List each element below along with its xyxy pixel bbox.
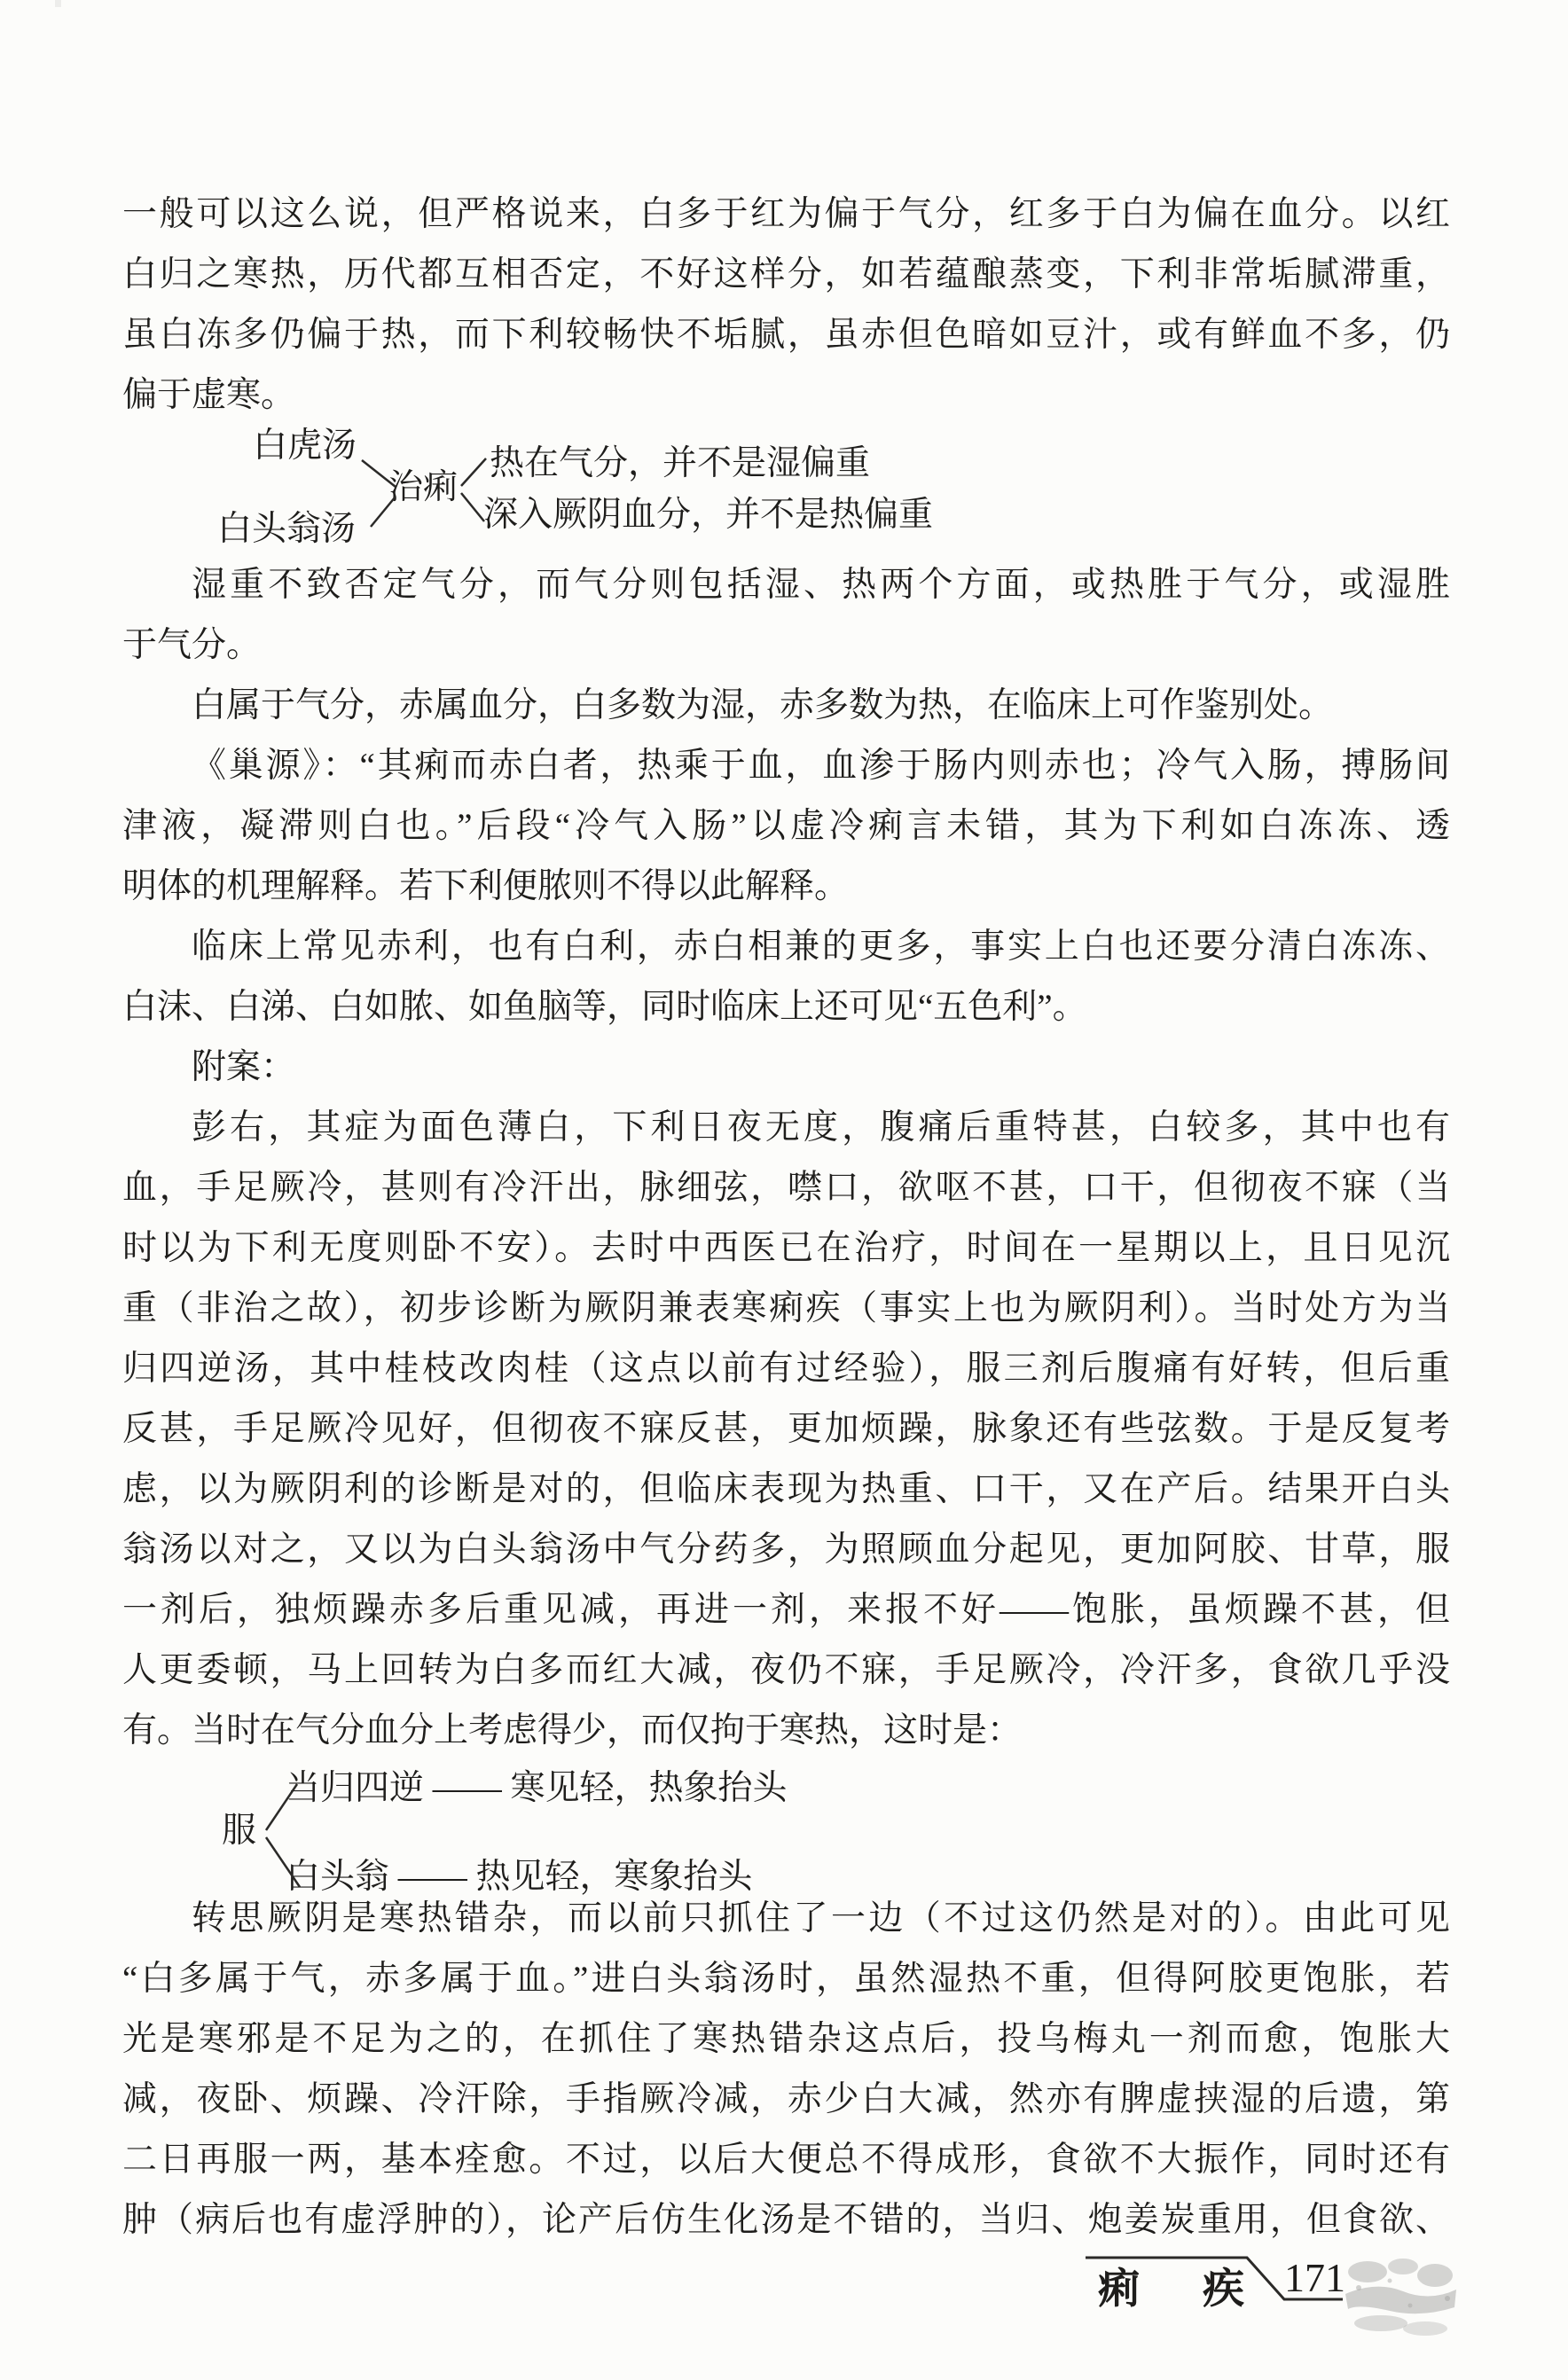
text-line: 有。当时在气分血分上考虑得少，而仅拘于寒热，这时是：	[122, 1701, 1450, 1761]
diagram2-bracket-lines	[248, 1773, 310, 1898]
text-line: 减，夜卧、烦躁、冷汗除，手指厥冷减，赤少白大减，然亦有脾虚挟湿的后遗，第	[122, 2070, 1450, 2130]
text-line: 于气分。	[122, 615, 1450, 676]
text-line: “白多属于气，赤多属于血。”进白头翁汤时，虽然湿热不重，但得阿胶更饱胀，若	[122, 1949, 1450, 2009]
text-line: 白沫、白涕、白如脓、如鱼脑等，同时临床上还可见“五色利”。	[122, 977, 1450, 1037]
diagram1-bracket-lines	[350, 435, 501, 541]
text-line: 白属于气分，赤属血分，白多数为湿，赤多数为热，在临床上可作鉴别处。	[122, 676, 1450, 736]
text-line: 肿（病后也有虚浮肿的），论产后仿生化汤是不错的，当归、炮姜炭重用，但食欲、	[122, 2190, 1450, 2251]
text-line: 光是寒邪是不足为之的，在抓住了寒热错杂这点后，投乌梅丸一剂而愈，饱胀大	[122, 2009, 1450, 2070]
book-page: 一般可以这么说，但严格说来，白多于红为偏于气分，红多于白为偏在血分。以红白归之寒…	[0, 0, 1568, 2380]
text-line: 一般可以这么说，但严格说来，白多于红为偏于气分，红多于白为偏在血分。以红	[122, 184, 1450, 245]
text-line: 《巢源》：“其痢而赤白者，热乘于血，血渗于肠内则赤也；冷气入肠，搏肠间	[122, 736, 1450, 796]
diagram1-result-xuefen: 深入厥阴血分，并不是热偏重	[483, 495, 933, 536]
decorative-stamp-illustration	[1341, 2254, 1461, 2343]
paragraph-block-top: 一般可以这么说，但严格说来，白多于红为偏于气分，红多于白为偏在血分。以红白归之寒…	[122, 184, 1450, 426]
text-line: 明体的机理解释。若下利便脓则不得以此解释。	[122, 857, 1450, 917]
text-line: 重（非治之故），初步诊断为厥阴兼表寒痢疾（事实上也为厥阴利）。当时处方为当	[122, 1279, 1450, 1339]
chapter-title: 痢 疾	[1098, 2266, 1255, 2313]
text-line: 白归之寒热，历代都互相否定，不好这样分，如若蕴酿蒸变，下利非常垢腻滞重，	[122, 245, 1450, 305]
text-line: 人更委顿，马上回转为白多而红大减，夜仍不寐，手足厥冷，冷汗多，食欲几乎没	[122, 1640, 1450, 1701]
text-line: 反甚，手足厥冷见好，但彻夜不寐反甚，更加烦躁，脉象还有些弦数。于是反复考	[122, 1399, 1450, 1460]
paragraph-block-bottom: 转思厥阴是寒热错杂，而以前只抓住了一边（不过这仍然是对的）。由此可见“白多属于气…	[122, 1889, 1450, 2251]
text-line: 湿重不致否定气分，而气分则包括湿、热两个方面，或热胜于气分，或湿胜	[122, 555, 1450, 615]
text-line: 临床上常见赤利，也有白利，赤白相兼的更多，事实上白也还要分清白冻冻、	[122, 917, 1450, 977]
text-line: 虽白冻多仍偏于热，而下利较畅快不垢腻，虽赤但色暗如豆汁，或有鲜血不多，仍	[122, 305, 1450, 365]
text-line: 二日再服一两，基本痊愈。不过，以后大便总不得成形，食欲不大振作，同时还有	[122, 2130, 1450, 2190]
text-line: 虑，以为厥阴利的诊断是对的，但临床表现为热重、口干，又在产后。结果开白头	[122, 1460, 1450, 1520]
text-line: 附案：	[122, 1037, 1450, 1098]
diagram1-result-qifen: 热在气分，并不是湿偏重	[490, 443, 870, 484]
text-line: 翁汤以对之，又以为白头翁汤中气分药多，为照顾血分起见，更加阿胶、甘草，服	[122, 1520, 1450, 1580]
text-line: 偏于虚寒。	[122, 365, 1450, 426]
text-line: 血，手足厥冷，甚则有冷汗出，脉细弦，噤口，欲呕不甚，口干，但彻夜不寐（当	[122, 1158, 1450, 1218]
text-line: 时以为下利无度则卧不安）。去时中西医已在治疗，时间在一星期以上，且日见沉	[122, 1218, 1450, 1279]
scan-edge-artifact	[55, 0, 61, 7]
diagram2-branch-dangguisini: 当归四逆 —— 寒见轻，热象抬头	[286, 1768, 788, 1809]
text-line: 转思厥阴是寒热错杂，而以前只抓住了一边（不过这仍然是对的）。由此可见	[122, 1889, 1450, 1949]
text-line: 归四逆汤，其中桂枝改肉桂（这点以前有过经验），服三剂后腹痛有好转，但后重	[122, 1339, 1450, 1399]
text-line: 一剂后，独烦躁赤多后重见减，再进一剂，来报不好——饱胀，虽烦躁不甚，但	[122, 1580, 1450, 1640]
paragraph-block-middle: 湿重不致否定气分，而气分则包括湿、热两个方面，或热胜于气分，或湿胜于气分。白属于…	[122, 555, 1450, 1761]
text-line: 津液，凝滞则白也。”后段“冷气入肠”以虚冷痢言未错，其为下利如白冻冻、透	[122, 796, 1450, 857]
text-line: 彭右，其症为面色薄白，下利日夜无度，腹痛后重特甚，白较多，其中也有	[122, 1098, 1450, 1158]
diagram1-remedy-baitouwengtang: 白头翁汤	[217, 509, 356, 550]
diagram1-remedy-baihutang: 白虎汤	[253, 426, 357, 466]
page-number: 171	[1284, 2256, 1345, 2300]
